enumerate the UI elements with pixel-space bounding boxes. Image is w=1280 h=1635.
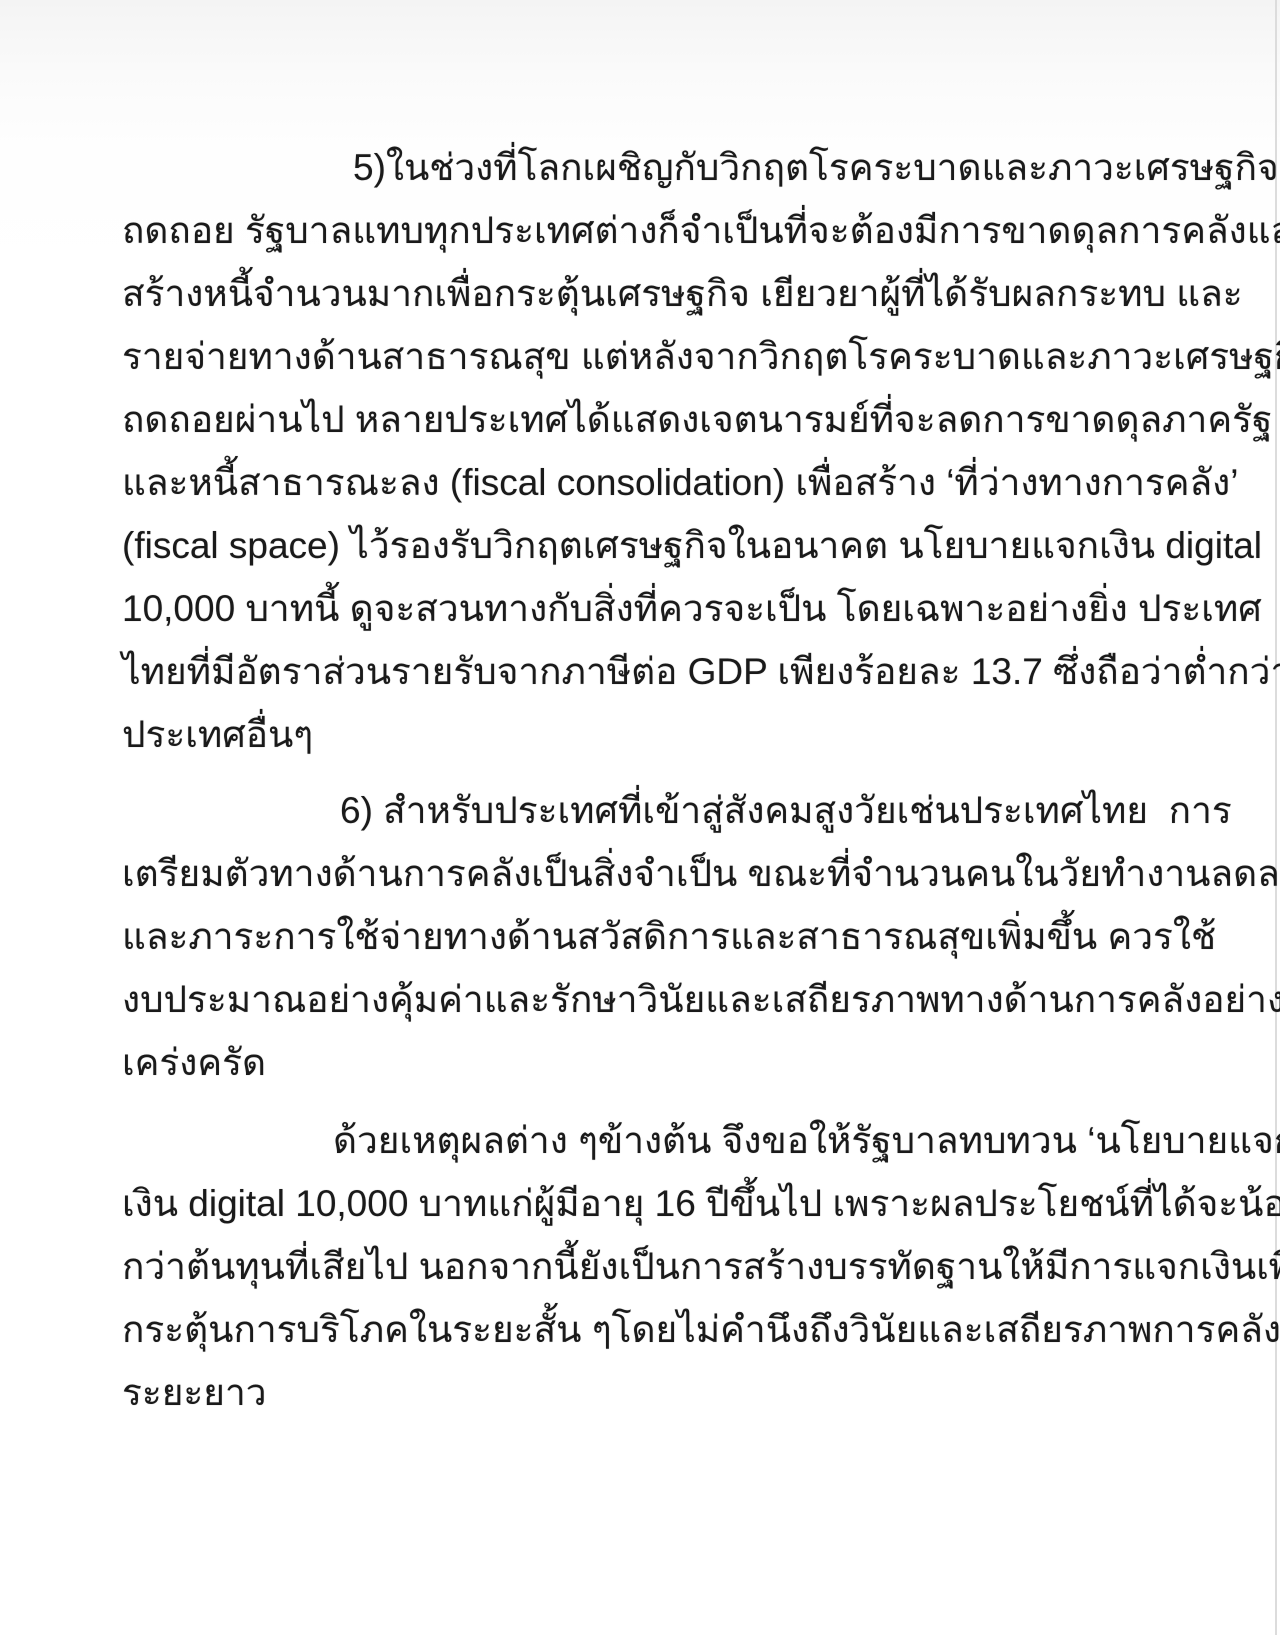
text-line: และหนี้สาธารณะลง (fiscal consolidation) …	[122, 451, 1162, 514]
text-line: เคร่งครัด	[122, 1031, 1162, 1094]
text-line: และภาระการใช้จ่ายทางด้านสวัสดิการและสาธา…	[122, 905, 1162, 968]
text-line: เงิน digital 10,000 บาทแก่ผู้มีอายุ 16 ป…	[122, 1172, 1162, 1235]
text-line: ด้วยเหตุผลต่าง ๆข้างต้น จึงขอให้รัฐบาลทบ…	[122, 1109, 1162, 1172]
text-line: ประเทศอื่นๆ	[122, 703, 1162, 766]
paragraph: ด้วยเหตุผลต่าง ๆข้างต้น จึงขอให้รัฐบาลทบ…	[122, 1109, 1162, 1424]
paragraph: 5)ในช่วงที่โลกเผชิญกับวิกฤตโรคระบาดและภา…	[122, 136, 1162, 766]
text-line: (fiscal space) ไว้รองรับวิกฤตเศรษฐกิจในอ…	[122, 514, 1162, 577]
document-body: 5)ในช่วงที่โลกเผชิญกับวิกฤตโรคระบาดและภา…	[122, 136, 1162, 1424]
text-line: 10,000 บาทนี้ ดูจะสวนทางกับสิ่งที่ควรจะเ…	[122, 577, 1162, 640]
text-line: ไทยที่มีอัตราส่วนรายรับจากภาษีต่อ GDP เพ…	[122, 640, 1162, 703]
text-line: 5)ในช่วงที่โลกเผชิญกับวิกฤตโรคระบาดและภา…	[122, 136, 1162, 199]
text-line: 6) สำหรับประเทศที่เข้าสู่สังคมสูงวัยเช่น…	[122, 779, 1162, 842]
document-page: 5)ในช่วงที่โลกเผชิญกับวิกฤตโรคระบาดและภา…	[0, 0, 1280, 1635]
text-line: งบประมาณอย่างคุ้มค่าและรักษาวินัยและเสถี…	[122, 968, 1162, 1031]
text-line: รายจ่ายทางด้านสาธารณสุข แต่หลังจากวิกฤตโ…	[122, 325, 1162, 388]
text-line: ระยะยาว	[122, 1361, 1162, 1424]
text-line: กระตุ้นการบริโภคในระยะสั้น ๆโดยไม่คำนึงถ…	[122, 1298, 1162, 1361]
text-line: ถดถอย รัฐบาลแทบทุกประเทศต่างก็จำเป็นที่จ…	[122, 199, 1162, 262]
paragraph: 6) สำหรับประเทศที่เข้าสู่สังคมสูงวัยเช่น…	[122, 779, 1162, 1094]
text-line: กว่าต้นทุนที่เสียไป นอกจากนี้ยังเป็นการส…	[122, 1235, 1162, 1298]
text-line: สร้างหนี้จำนวนมากเพื่อกระตุ้นเศรษฐกิจ เย…	[122, 262, 1162, 325]
text-line: ถดถอยผ่านไป หลายประเทศได้แสดงเจตนารมย์ที…	[122, 388, 1162, 451]
text-line: เตรียมตัวทางด้านการคลังเป็นสิ่งจำเป็น ขณ…	[122, 842, 1162, 905]
